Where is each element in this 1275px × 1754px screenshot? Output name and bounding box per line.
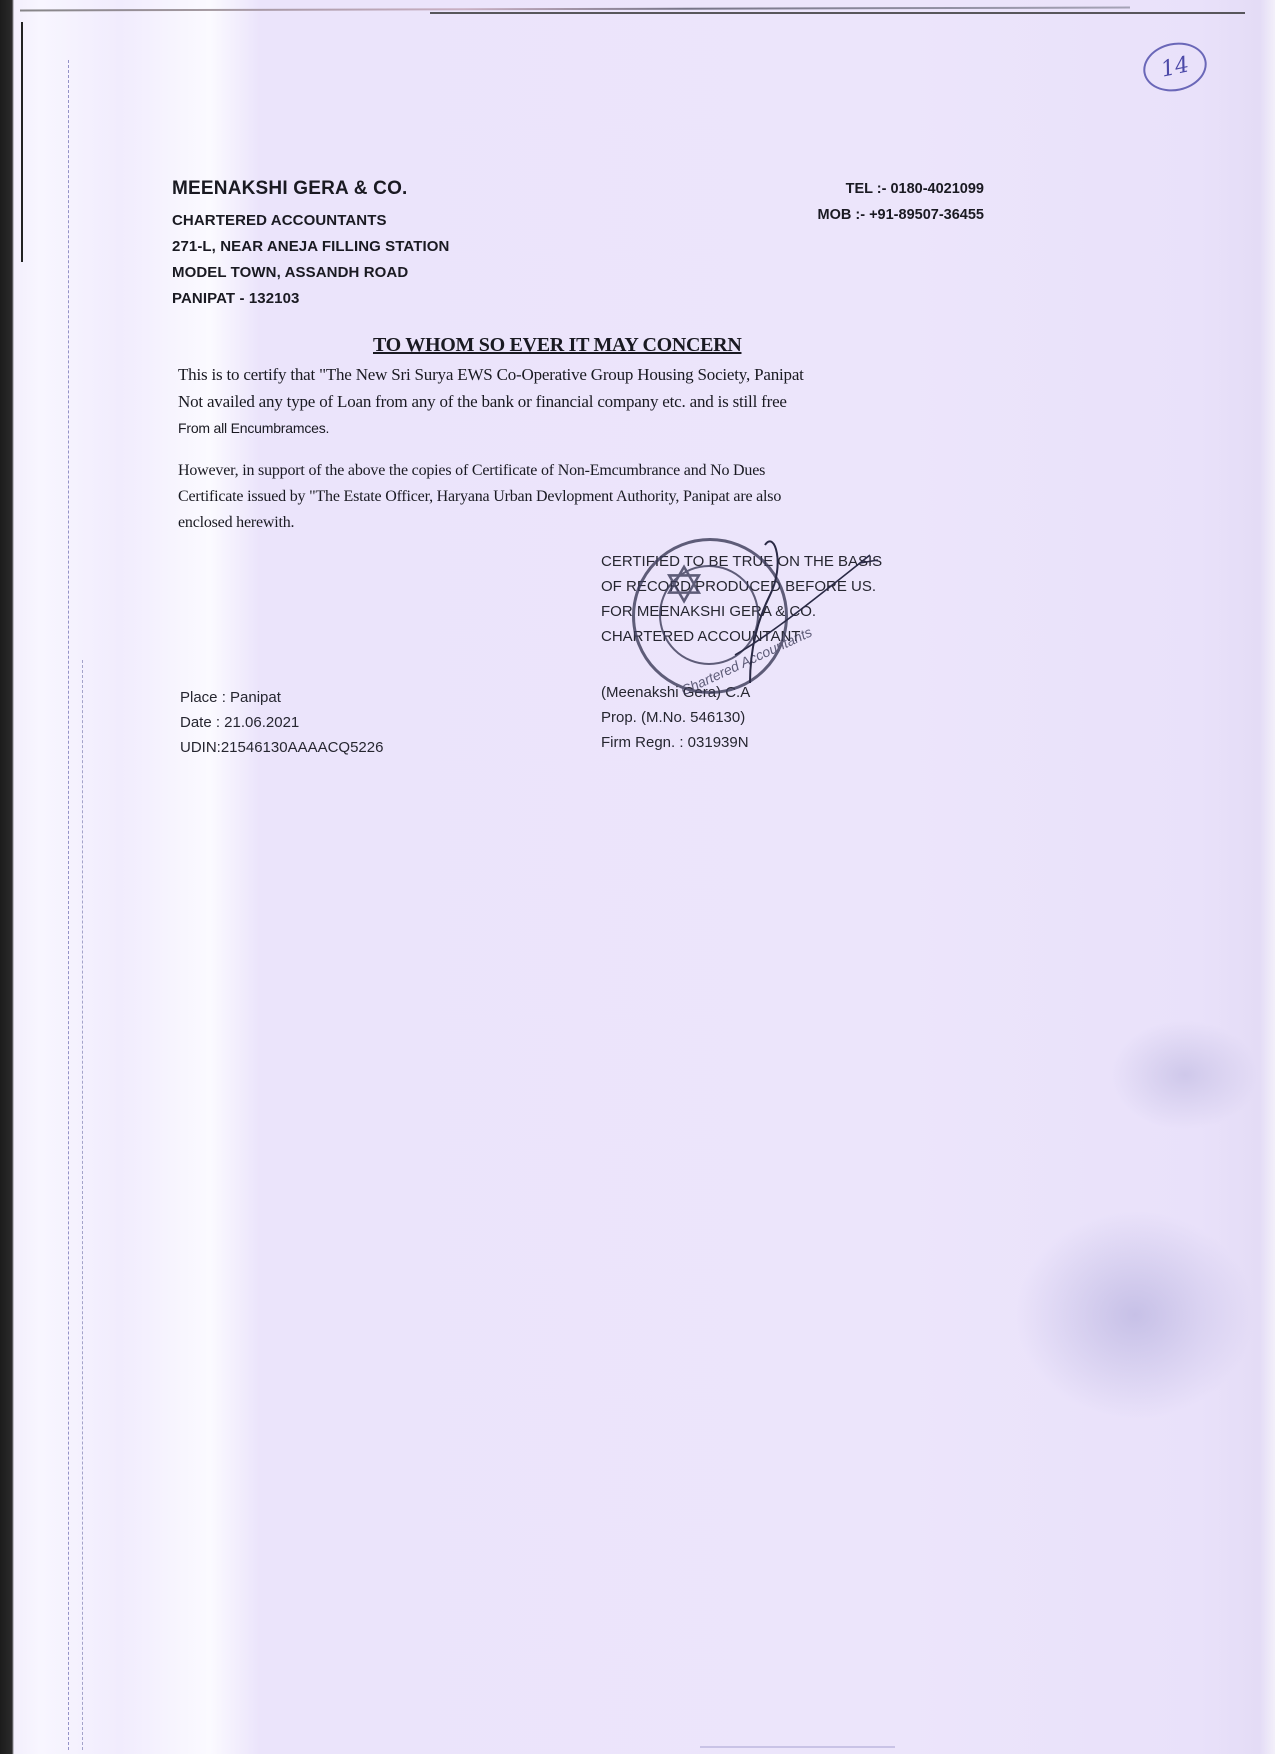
body-line: enclosed herewith. bbox=[178, 510, 958, 536]
scanned-page: 14 MEENAKSHI GERA & CO. CHARTERED ACCOUN… bbox=[0, 0, 1275, 1754]
page-number-text: 14 bbox=[1159, 52, 1192, 82]
letterhead-line: CHARTERED ACCOUNTANTS bbox=[172, 208, 449, 234]
scan-noise bbox=[1015, 1210, 1255, 1420]
body-line: Not availed any type of Loan from any of… bbox=[178, 388, 958, 415]
signature-icon bbox=[730, 535, 890, 685]
margin-dotted-line bbox=[68, 60, 70, 1750]
letterhead-line: MODEL TOWN, ASSANDH ROAD bbox=[172, 260, 449, 286]
contact-info: TEL :- 0180-4021099 MOB :- +91-89507-364… bbox=[792, 176, 984, 228]
mobile: MOB :- +91-89507-36455 bbox=[792, 202, 984, 228]
place: Place : Panipat bbox=[180, 685, 383, 710]
body-line: Certificate issued by "The Estate Office… bbox=[178, 484, 958, 510]
scan-edge-line bbox=[20, 7, 1130, 12]
membership-number: Prop. (M.No. 546130) bbox=[601, 705, 750, 730]
certificate-paragraph-2: However, in support of the above the cop… bbox=[178, 458, 958, 536]
scan-edge-line bbox=[700, 1746, 895, 1748]
udin: UDIN:21546130AAAACQ5226 bbox=[180, 735, 383, 760]
star-of-david-icon: ✡ bbox=[659, 561, 709, 611]
scan-noise bbox=[1110, 1020, 1260, 1130]
certificate-paragraph-1: This is to certify that "The New Sri Sur… bbox=[178, 361, 958, 442]
firm-name: MEENAKSHI GERA & CO. bbox=[172, 178, 449, 200]
telephone: TEL :- 0180-4021099 bbox=[792, 176, 984, 202]
body-line: From all Encumbramces. bbox=[178, 415, 958, 442]
place-date-udin: Place : Panipat Date : 21.06.2021 UDIN:2… bbox=[180, 685, 383, 760]
letterhead-line: 271-L, NEAR ANEJA FILLING STATION bbox=[172, 234, 449, 260]
firm-registration: Firm Regn. : 031939N bbox=[601, 730, 750, 755]
margin-rule bbox=[21, 22, 23, 262]
letterhead: MEENAKSHI GERA & CO. CHARTERED ACCOUNTAN… bbox=[172, 178, 449, 312]
scan-edge-line bbox=[430, 12, 1245, 14]
document-title: TO WHOM SO EVER IT MAY CONCERN bbox=[373, 334, 741, 357]
body-line: This is to certify that "The New Sri Sur… bbox=[178, 361, 958, 388]
margin-dotted-line bbox=[82, 660, 84, 1750]
body-line: However, in support of the above the cop… bbox=[178, 458, 958, 484]
page-number-mark: 14 bbox=[1139, 37, 1212, 97]
letterhead-line: PANIPAT - 132103 bbox=[172, 286, 449, 312]
date: Date : 21.06.2021 bbox=[180, 710, 383, 735]
